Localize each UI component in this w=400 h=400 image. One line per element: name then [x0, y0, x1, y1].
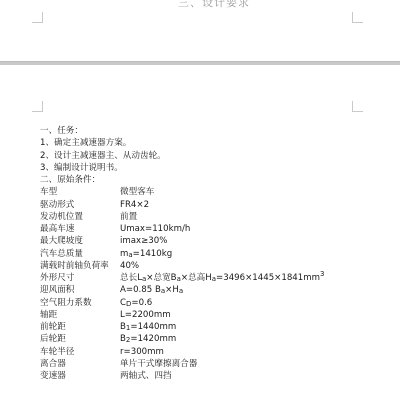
condition-row-max-gradeability: 最大爬坡度 imax≥30% — [40, 235, 324, 247]
condition-label: 外形尺寸 — [40, 272, 120, 284]
condition-row-engine-position: 发动机位置 前置 — [40, 211, 324, 223]
condition-row-clutch: 离合器 单片干式摩擦离合器 — [40, 358, 324, 370]
condition-label: 后轮距 — [40, 333, 120, 345]
condition-value: B2=1420mm — [120, 333, 176, 345]
condition-value: 微型客车 — [120, 186, 154, 198]
condition-label: 最大爬坡度 — [40, 235, 120, 247]
condition-value: imax≥30% — [120, 235, 167, 247]
condition-label: 变速器 — [40, 370, 120, 382]
condition-label: 最高车速 — [40, 223, 120, 235]
condition-value: 两轴式、四挡 — [120, 370, 172, 382]
condition-label: 空气阻力系数 — [40, 297, 120, 309]
condition-row-total-mass: 汽车总质量 ma=1410kg — [40, 248, 324, 260]
condition-label: 汽车总质量 — [40, 248, 120, 260]
task-heading: 一、任务： — [40, 125, 324, 137]
margin-corner-mark-top-right — [352, 101, 363, 112]
condition-value: L=2200mm — [120, 309, 171, 321]
cut-off-heading: 三、设计要求 — [178, 0, 250, 10]
task-item: 3、编制设计说明书。 — [40, 162, 324, 174]
condition-row-front-track: 前轮距 B1=1440mm — [40, 321, 324, 333]
condition-value: ma=1410kg — [120, 248, 172, 260]
task-item: 1、确定主减速器方案。 — [40, 137, 324, 149]
condition-row-drive-form: 驱动形式 FR4×2 — [40, 199, 324, 211]
condition-row-vehicle-type: 车型 微型客车 — [40, 186, 324, 198]
condition-label: 离合器 — [40, 358, 120, 370]
condition-label: 车轮半径 — [40, 346, 120, 358]
task-item: 2、设计主减速器主、从动齿轮。 — [40, 150, 324, 162]
document-page-1: 三、设计要求 — [0, 0, 400, 61]
condition-value: A=0.85 Ba×Ha — [120, 284, 183, 296]
condition-value: Umax=110km/h — [120, 223, 190, 235]
margin-corner-mark-top-left — [32, 101, 43, 112]
condition-value: 总长La×总宽Ba×总高Ha=3496×1445×1841mm3 — [120, 272, 324, 284]
condition-row-dimensions: 外形尺寸 总长La×总宽Ba×总高Ha=3496×1445×1841mm3 — [40, 272, 324, 284]
condition-row-wheelbase: 轴距 L=2200mm — [40, 309, 324, 321]
document-body: 一、任务： 1、确定主减速器方案。 2、设计主减速器主、从动齿轮。 3、编制设计… — [40, 125, 324, 382]
margin-corner-mark-bottom-left — [32, 12, 43, 23]
condition-value: 前置 — [120, 211, 137, 223]
condition-row-rear-track: 后轮距 B2=1420mm — [40, 333, 324, 345]
margin-corner-mark-bottom-right — [352, 12, 363, 23]
condition-value: FR4×2 — [120, 199, 149, 211]
condition-label: 轴距 — [40, 309, 120, 321]
condition-row-frontal-area: 迎风面积 A=0.85 Ba×Ha — [40, 284, 324, 296]
condition-label: 发动机位置 — [40, 211, 120, 223]
condition-value: B1=1440mm — [120, 321, 176, 333]
condition-label: 车型 — [40, 186, 120, 198]
condition-value: r=300mm — [120, 346, 164, 358]
condition-value: CD=0.6 — [120, 297, 152, 309]
document-page-2: 一、任务： 1、确定主减速器方案。 2、设计主减速器主、从动齿轮。 3、编制设计… — [0, 65, 400, 400]
conditions-heading: 二、原始条件： — [40, 174, 324, 186]
condition-label: 驱动形式 — [40, 199, 120, 211]
condition-value: 40% — [120, 260, 139, 272]
condition-value: 单片干式摩擦离合器 — [120, 358, 197, 370]
condition-row-transmission: 变速器 两轴式、四挡 — [40, 370, 324, 382]
condition-label: 前轮距 — [40, 321, 120, 333]
condition-row-max-speed: 最高车速 Umax=110km/h — [40, 223, 324, 235]
condition-row-front-axle-load: 满载时前轴负荷率 40% — [40, 260, 324, 272]
condition-label: 迎风面积 — [40, 284, 120, 296]
condition-row-wheel-radius: 车轮半径 r=300mm — [40, 346, 324, 358]
condition-row-drag-coefficient: 空气阻力系数 CD=0.6 — [40, 297, 324, 309]
condition-label: 满载时前轴负荷率 — [40, 260, 120, 272]
